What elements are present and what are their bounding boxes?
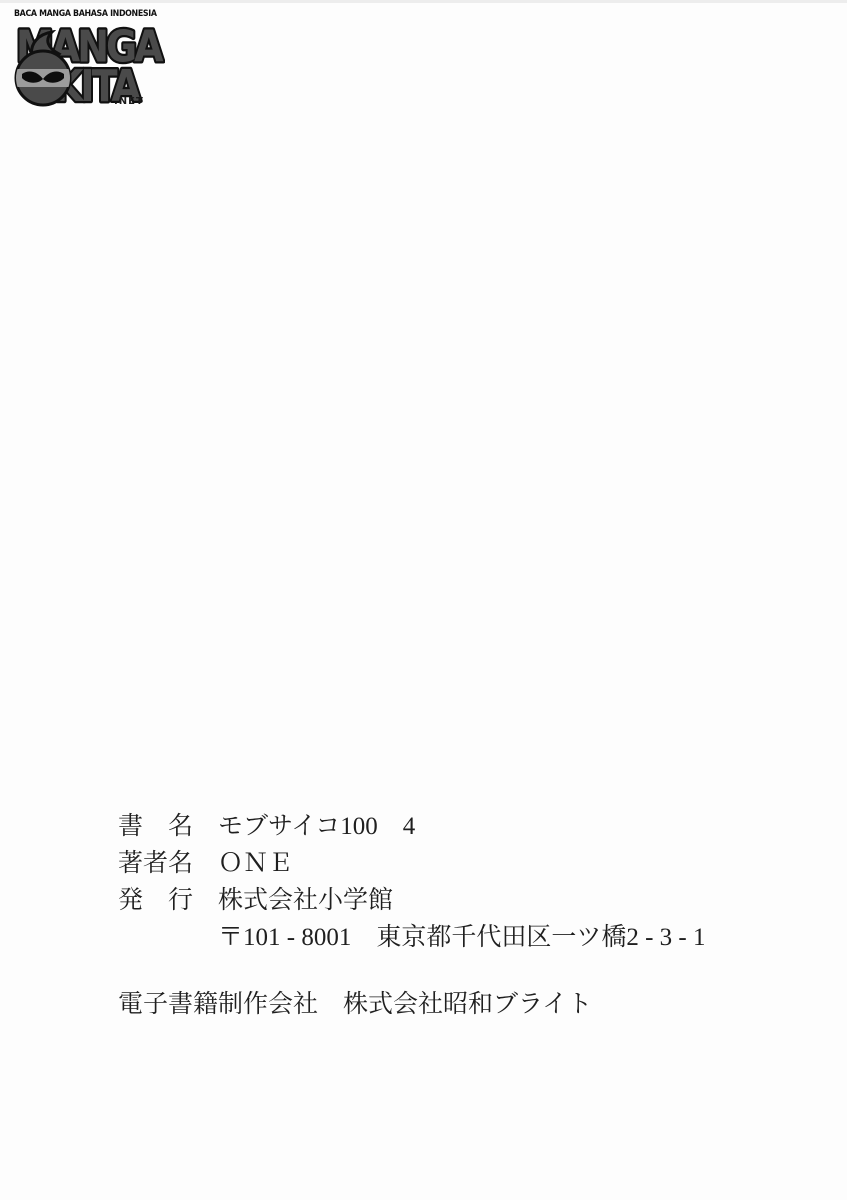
mascot-icon	[12, 30, 76, 110]
colophon-label-author: 著者名	[118, 845, 218, 882]
colophon-row-author: 著者名 ＯＮＥ	[118, 845, 705, 882]
page-top-strip	[0, 0, 847, 3]
colophon-value-address: 〒101 - 8001 東京都千代田区一ツ橋2 - 3 - 1	[218, 919, 705, 956]
mangakita-logo: BACA MANGA BAHASA INDONESIA MANGA KITA	[10, 6, 165, 118]
colophon-value-publisher: 株式会社小学館	[218, 882, 393, 919]
colophon-row-publisher: 発 行 株式会社小学館	[118, 882, 705, 919]
colophon-value-title: モブサイコ100 4	[218, 808, 415, 845]
colophon-producer-line: 電子書籍制作会社 株式会社昭和ブライト	[118, 988, 592, 1022]
colophon-row-title: 書 名 モブサイコ100 4	[118, 808, 705, 845]
colophon-label-title: 書 名	[118, 808, 218, 845]
logo-tld: .NET	[114, 96, 144, 107]
colophon-label-publisher: 発 行	[118, 882, 218, 919]
manga-colophon-page: BACA MANGA BAHASA INDONESIA MANGA KITA	[0, 0, 847, 1200]
colophon: 書 名 モブサイコ100 4 著者名 ＯＮＥ 発 行 株式会社小学館 〒101 …	[118, 808, 705, 956]
colophon-row-address: 〒101 - 8001 東京都千代田区一ツ橋2 - 3 - 1	[118, 919, 705, 956]
colophon-label-address	[118, 919, 218, 956]
colophon-value-author: ＯＮＥ	[218, 845, 293, 882]
